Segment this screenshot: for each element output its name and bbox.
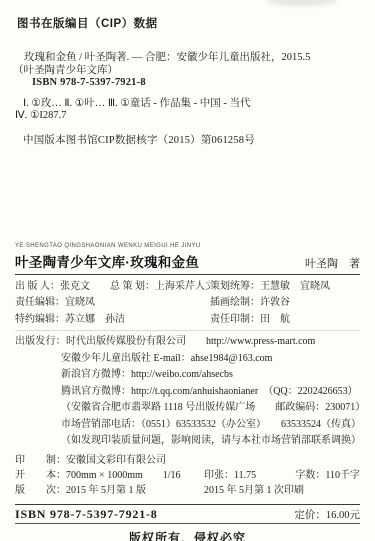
footer-price: 定价：16.00元 bbox=[294, 507, 360, 522]
edition-row: 版 次：2015 年 5月第 1 版 2015 年 5月第 1 次印刷 bbox=[15, 483, 360, 498]
credit-planning-coordinator: 策划统筹：王慧敏 宜晓凤 bbox=[210, 279, 360, 296]
classification-line-2: Ⅳ. ①I287.7 bbox=[15, 110, 360, 123]
cip-record-number: 中国版本图书馆CIP数据核字（2015）第061258号 bbox=[15, 132, 360, 147]
credit-publisher-and-chief-planner: 出 版 人：张克文 总 策 划：上海采芹人文化 bbox=[15, 279, 210, 296]
credit-row: 特约编辑：苏立娜 孙洁 责任印制：田 航 bbox=[15, 312, 360, 329]
impression-value: 2015 年 5月第 1 次印刷 bbox=[204, 483, 304, 498]
title-pinyin: YE SHENGTAO QINGSHAONIAN WENKU MEIGUI HE… bbox=[15, 243, 360, 250]
credit-row: 责任编辑：宜晓凤 插画绘制：许敦谷 bbox=[15, 295, 360, 312]
publisher-label: 出版发行： bbox=[15, 336, 66, 347]
title-row: 叶圣陶青少年文库·玫瑰和金鱼 叶圣陶 著 bbox=[15, 251, 360, 271]
cip-description-line: 玫瑰和金鱼 / 叶圣陶著. — 合肥：安徽少年儿童出版社，2015.5 bbox=[15, 52, 360, 65]
credit-print-supervisor: 责任印制：田 航 bbox=[210, 312, 360, 329]
credit-illustrator: 插画绘制：许敦谷 bbox=[210, 295, 360, 312]
footer-bottom-divider bbox=[15, 523, 360, 524]
address-line: （安徽省合肥市翡翠路 1118 号出版传媒广场 邮政编码：230071） bbox=[15, 400, 360, 417]
credit-executive-editor: 责任编辑：宜晓凤 bbox=[15, 295, 210, 312]
tencent-weibo-line: 腾讯官方微博：http://t.qq.com/anhuishaonianer （… bbox=[15, 384, 360, 401]
cip-heading: 图书在版编目（CIP）数据 bbox=[17, 15, 360, 31]
publisher-email-line: 安徽少年儿童出版社 E-mail：ahse1984@163.com bbox=[15, 351, 360, 368]
word-count: 字数：110千字 bbox=[295, 468, 360, 483]
book-copyright-page: 图书在版编目（CIP）数据 玫瑰和金鱼 / 叶圣陶著. — 合肥：安徽少年儿童出… bbox=[0, 0, 375, 541]
book-author: 叶圣陶 著 bbox=[305, 255, 360, 271]
credits-divider bbox=[15, 330, 360, 331]
credits-section: 出 版 人：张克文 总 策 划：上海采芹人文化 策划统筹：王慧敏 宜晓凤 责任编… bbox=[15, 279, 360, 329]
cip-classification: Ⅰ. ①玫… Ⅱ. ①叶… Ⅲ. ①童话 - 作品集 - 中国 - 当代 Ⅳ. … bbox=[15, 98, 360, 123]
quality-notice-line: （如发现印装质量问题，影响阅读，请与本社市场营销部联系调换） bbox=[15, 433, 360, 450]
publishing-section: 出版发行：时代出版传媒股份有限公司 http://www.press-mart.… bbox=[15, 334, 360, 450]
title-divider bbox=[15, 274, 360, 275]
sina-weibo-line: 新浪官方微博：http://weibo.com/ahsecbs bbox=[15, 367, 360, 384]
printer-row: 印 制：安徽国文彩印有限公司 bbox=[15, 453, 360, 468]
footer-isbn-row: ISBN 978-7-5397-7921-8 定价：16.00元 bbox=[15, 505, 360, 523]
credit-row: 出 版 人：张克文 总 策 划：上海采芹人文化 策划统筹：王慧敏 宜晓凤 bbox=[15, 279, 360, 296]
edition-key: 版 bbox=[15, 483, 46, 498]
book-title: 叶圣陶青少年文库·玫瑰和金鱼 bbox=[15, 251, 199, 271]
footer-isbn: ISBN 978-7-5397-7921-8 bbox=[15, 507, 158, 522]
sheet-count: 印张：11.75 bbox=[204, 468, 256, 483]
cip-block: 玫瑰和金鱼 / 叶圣陶著. — 合肥：安徽少年儿童出版社，2015.5 （叶圣陶… bbox=[15, 52, 360, 90]
title-block: YE SHENGTAO QINGSHAONIAN WENKU MEIGUI HE… bbox=[15, 243, 360, 275]
format-key: 开 bbox=[15, 468, 46, 483]
marketing-phone-line: 市场营销部电话：（0551）63533532（办公室） 63533524（传真） bbox=[15, 417, 360, 434]
credit-contributing-editor: 特约编辑：苏立娜 孙洁 bbox=[15, 312, 210, 329]
publisher-name-and-website: 时代出版传媒股份有限公司 http://www.press-mart.com bbox=[66, 336, 315, 347]
format-row: 开 本：700mm × 1000mm 1/16 印张：11.75 字数：110千… bbox=[15, 468, 360, 483]
format-value: 本：700mm × 1000mm 1/16 bbox=[46, 468, 204, 483]
printing-section: 印 制：安徽国文彩印有限公司 开 本：700mm × 1000mm 1/16 印… bbox=[15, 453, 360, 499]
publisher-line: 出版发行：时代出版传媒股份有限公司 http://www.press-mart.… bbox=[15, 334, 360, 351]
classification-line-1: Ⅰ. ①玫… Ⅱ. ①叶… Ⅲ. ①童话 - 作品集 - 中国 - 当代 bbox=[15, 98, 360, 111]
printer-value: 制：安徽国文彩印有限公司 bbox=[46, 453, 204, 468]
cip-isbn: ISBN 978-7-5397-7921-8 bbox=[15, 77, 360, 90]
scan-artifact bbox=[267, 0, 337, 6]
edition-value: 次：2015 年 5月第 1 版 bbox=[46, 483, 204, 498]
copyright-notice: 版权所有，侵权必究 bbox=[15, 529, 360, 541]
cip-series-line: （叶圣陶青少年文库） bbox=[15, 65, 360, 78]
printer-key: 印 bbox=[15, 453, 46, 468]
